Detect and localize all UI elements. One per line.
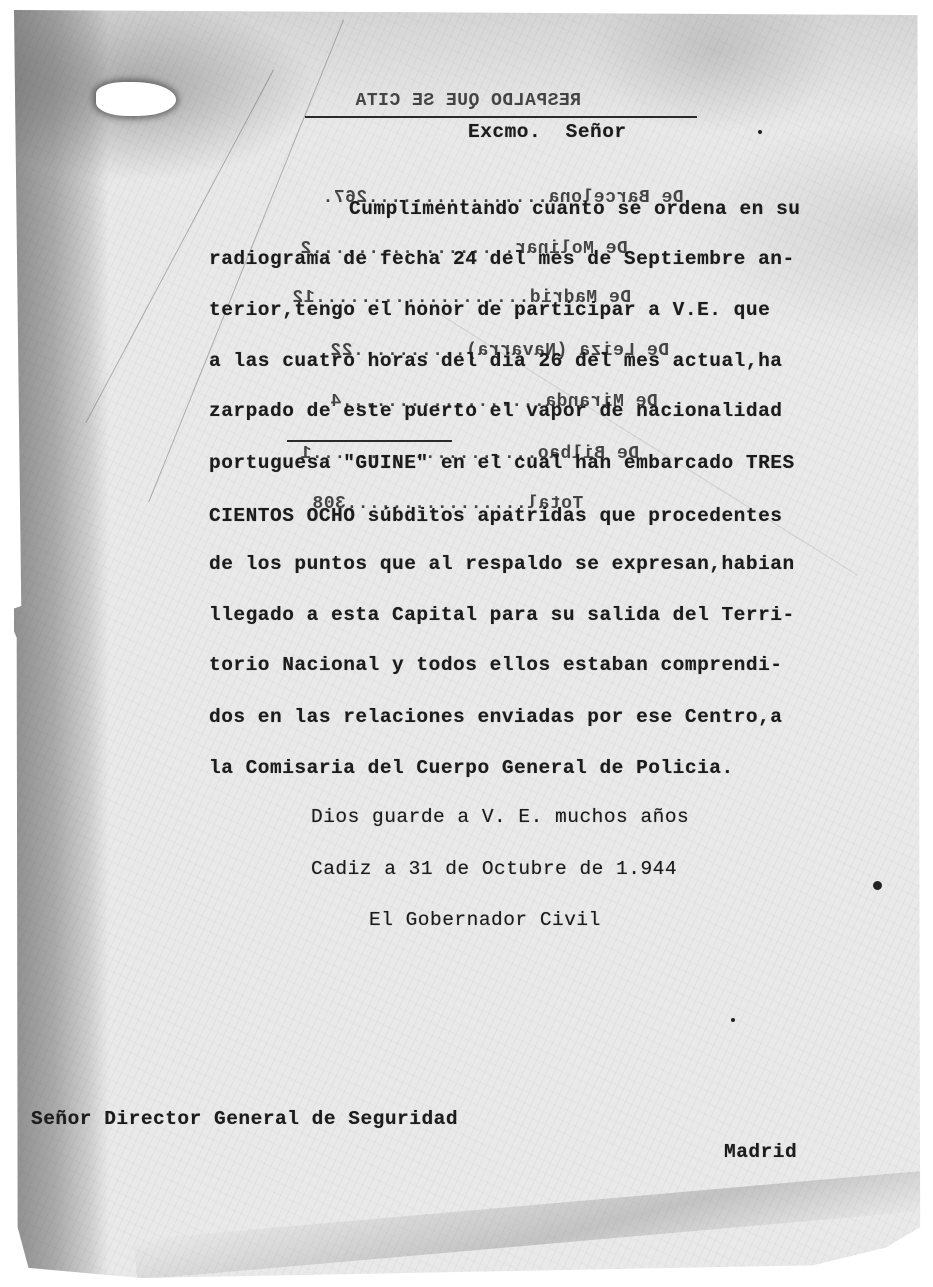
ink-speck [758, 130, 762, 134]
body-line: Cumplimentando cuanto se ordena en su [349, 198, 800, 220]
addressee-city: Madrid [724, 1141, 797, 1163]
ink-speck [731, 1018, 735, 1022]
body-line: portuguesa "GUINE" en el cual han embarc… [209, 452, 795, 474]
reverse-heading: RESPALDO QUE SE CITA [355, 91, 581, 111]
body-line: torio Nacional y todos ellos estaban com… [209, 654, 783, 676]
signature-title: El Gobernador Civil [369, 909, 601, 931]
body-line: terior,tengo el honor de participar a V.… [209, 299, 770, 321]
body-line: llegado a esta Capital para su salida de… [209, 604, 795, 626]
body-line: CIENTOS OCHO súbditos apatridas que proc… [209, 505, 783, 527]
body-line: dos en las relaciones enviadas por ese C… [209, 706, 783, 728]
heading-underline [305, 116, 697, 118]
body-line: de los puntos que al respaldo se expresa… [209, 553, 795, 575]
body-line: a las cuatro horas del dia 26 del mes ac… [209, 350, 783, 372]
bottom-fold-shadow [134, 1170, 933, 1280]
salutation: Excmo. Señor [468, 121, 627, 143]
closing-formula: Dios guarde a V. E. muchos años [311, 806, 689, 828]
body-line: la Comisaria del Cuerpo General de Polic… [209, 757, 734, 779]
addressee: Señor Director General de Seguridad [31, 1108, 458, 1130]
torn-hole [96, 82, 176, 116]
body-line: radiograma de fecha 24 del mes de Septie… [209, 248, 795, 270]
place-and-date: Cadiz a 31 de Octubre de 1.944 [311, 858, 677, 880]
body-line: zarpado de este puerto el vapor de nacio… [209, 400, 783, 422]
ink-speck [873, 881, 882, 890]
total-underline [287, 440, 452, 442]
